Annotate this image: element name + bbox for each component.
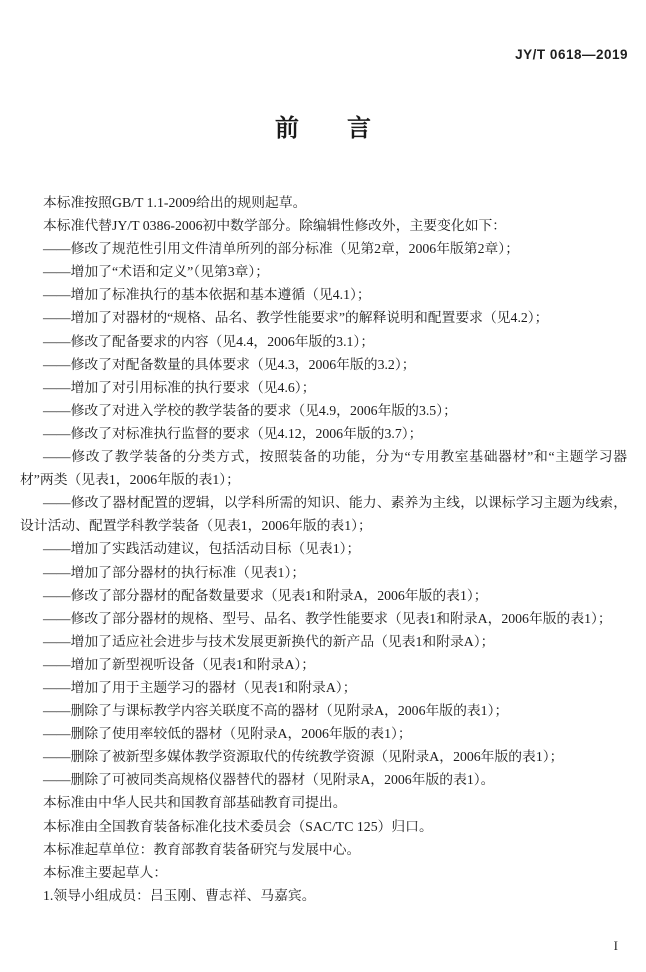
change-item-list: ——修改了规范性引用文件清单所列的部分标准（见第2章，2006年版第2章）；——…	[20, 237, 627, 791]
paragraph: ——增加了对器材的“规格、品名、教学性能要求”的解释说明和配置要求（见4.2）；	[20, 306, 627, 329]
intro-paragraphs: 本标准按照GB/T 1.1-2009给出的规则起草。本标准代替JY/T 0386…	[20, 191, 627, 237]
document-page: JY/T 0618—2019 前 言 本标准按照GB/T 1.1-2009给出的…	[0, 0, 646, 972]
paragraph: ——增加了对引用标准的执行要求（见4.6）；	[20, 376, 627, 399]
paragraph: ——删除了可被同类高规格仪器替代的器材（见附录A，2006年版的表1）。	[20, 768, 627, 791]
paragraph: 本标准代替JY/T 0386-2006初中数学部分。除编辑性修改外，主要变化如下…	[20, 214, 627, 237]
paragraph: ——修改了教学装备的分类方式，按照装备的功能，分为“专用教室基础器材”和“主题学…	[20, 445, 627, 491]
paragraph: ——增加了标准执行的基本依据和基本遵循（见4.1）；	[20, 283, 627, 306]
paragraph: ——增加了适应社会进步与技术发展更新换代的新产品（见表1和附录A）；	[20, 630, 627, 653]
paragraph: ——删除了被新型多媒体教学资源取代的传统教学资源（见附录A，2006年版的表1）…	[20, 745, 627, 768]
paragraph: ——增加了实践活动建议，包括活动目标（见表1）；	[20, 537, 627, 560]
paragraph: ——修改了规范性引用文件清单所列的部分标准（见第2章，2006年版第2章）；	[20, 237, 627, 260]
paragraph: 本标准由全国教育装备标准化技术委员会（SAC/TC 125）归口。	[20, 815, 627, 838]
foreword-body: 本标准按照GB/T 1.1-2009给出的规则起草。本标准代替JY/T 0386…	[20, 191, 627, 907]
paragraph: ——修改了对标准执行监督的要求（见4.12，2006年版的3.7）；	[20, 422, 627, 445]
paragraph: ——修改了配备要求的内容（见4.4，2006年版的3.1）；	[20, 330, 627, 353]
paragraph: ——修改了对进入学校的教学装备的要求（见4.9，2006年版的3.5）；	[20, 399, 627, 422]
paragraph: ——修改了部分器材的配备数量要求（见表1和附录A，2006年版的表1）；	[20, 584, 627, 607]
paragraph: ——修改了部分器材的规格、型号、品名、教学性能要求（见表1和附录A，2006年版…	[20, 607, 627, 630]
paragraph: 本标准按照GB/T 1.1-2009给出的规则起草。	[20, 191, 627, 214]
paragraph: ——增加了部分器材的执行标准（见表1）；	[20, 561, 627, 584]
standard-code-header: JY/T 0618—2019	[515, 47, 628, 62]
paragraph: 本标准由中华人民共和国教育部基础教育司提出。	[20, 791, 627, 814]
paragraph: ——增加了新型视听设备（见表1和附录A）；	[20, 653, 627, 676]
paragraph: ——修改了器材配置的逻辑，以学科所需的知识、能力、素养为主线，以课标学习主题为线…	[20, 491, 627, 537]
paragraph: ——删除了使用率较低的器材（见附录A，2006年版的表1）；	[20, 722, 627, 745]
paragraph: 本标准起草单位：教育部教育装备研究与发展中心。	[20, 838, 627, 861]
paragraph: ——删除了与课标教学内容关联度不高的器材（见附录A，2006年版的表1）；	[20, 699, 627, 722]
paragraph: 本标准主要起草人：	[20, 861, 627, 884]
paragraph: ——增加了“术语和定义”（见第3章）；	[20, 260, 627, 283]
paragraph: 1.领导小组成员：吕玉刚、曹志祥、马嘉宾。	[20, 884, 627, 907]
paragraph: ——增加了用于主题学习的器材（见表1和附录A）；	[20, 676, 627, 699]
closing-paragraphs: 本标准由中华人民共和国教育部基础教育司提出。本标准由全国教育装备标准化技术委员会…	[20, 791, 627, 906]
page-number: I	[614, 938, 618, 954]
foreword-title: 前 言	[0, 108, 646, 143]
paragraph: ——修改了对配备数量的具体要求（见4.3，2006年版的3.2）；	[20, 353, 627, 376]
